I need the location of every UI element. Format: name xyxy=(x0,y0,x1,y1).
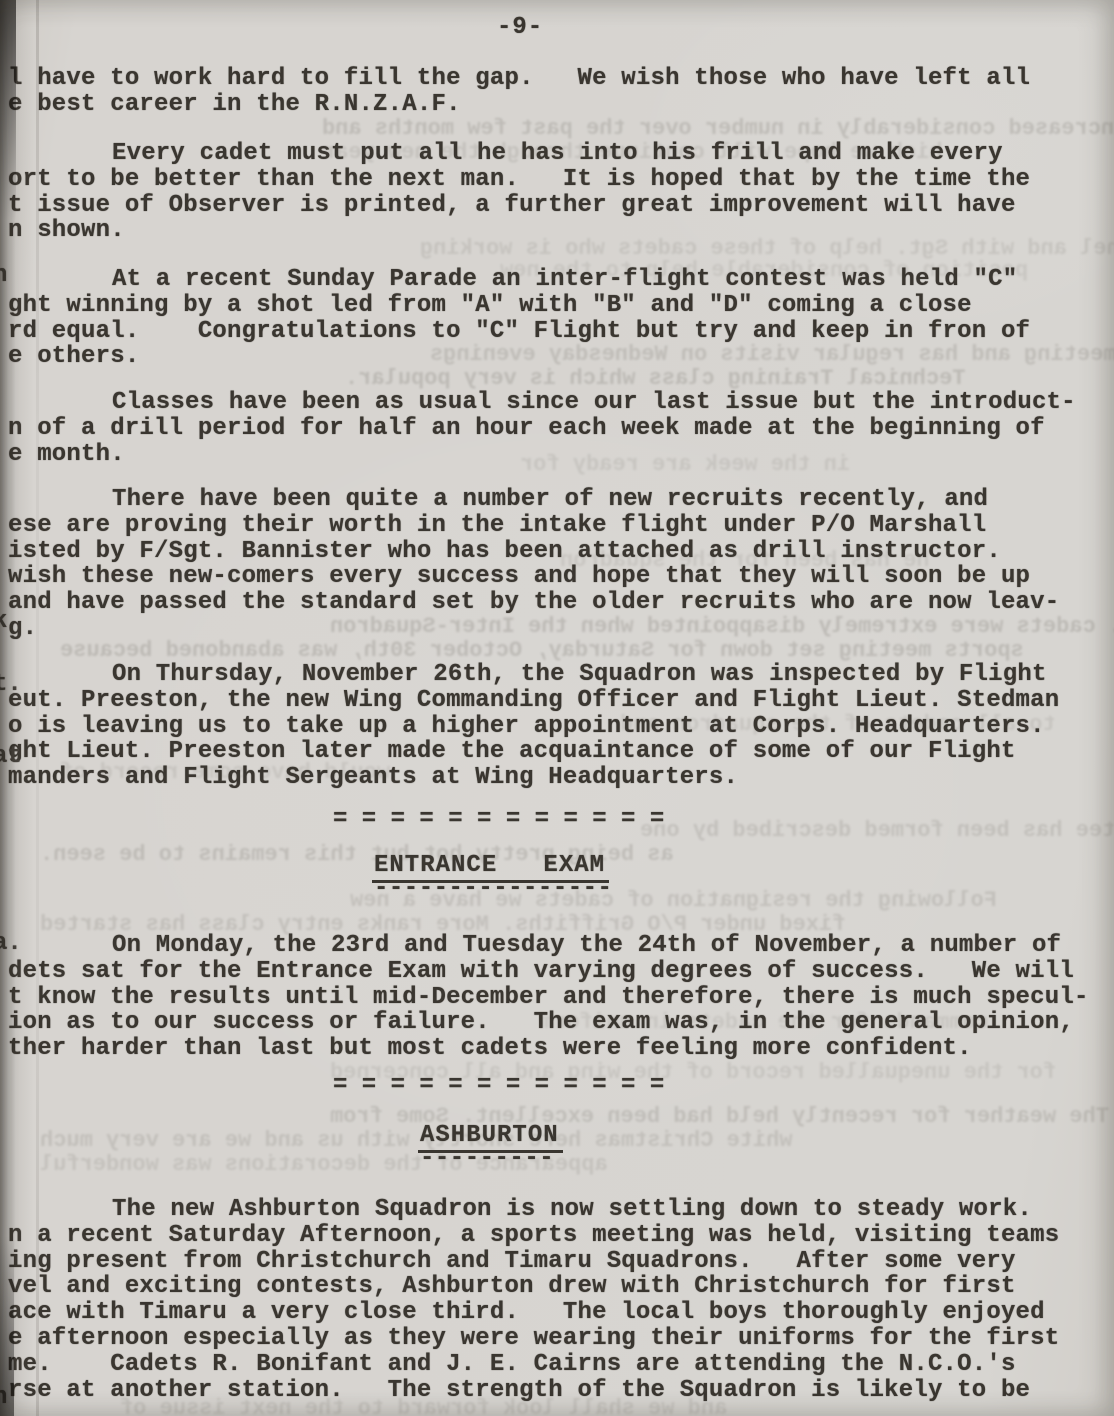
gutter-fragment: at xyxy=(0,743,22,770)
gutter-fragment-layer: nkt.ata.n xyxy=(0,0,1114,1416)
gutter-fragment: n xyxy=(0,262,7,289)
gutter-fragment: n xyxy=(0,1384,7,1411)
gutter-fragment: a. xyxy=(0,930,22,957)
document-page: increased considerably in number over th… xyxy=(0,0,1114,1416)
gutter-fragment: t. xyxy=(0,671,22,698)
gutter-fragment: k xyxy=(0,608,7,635)
